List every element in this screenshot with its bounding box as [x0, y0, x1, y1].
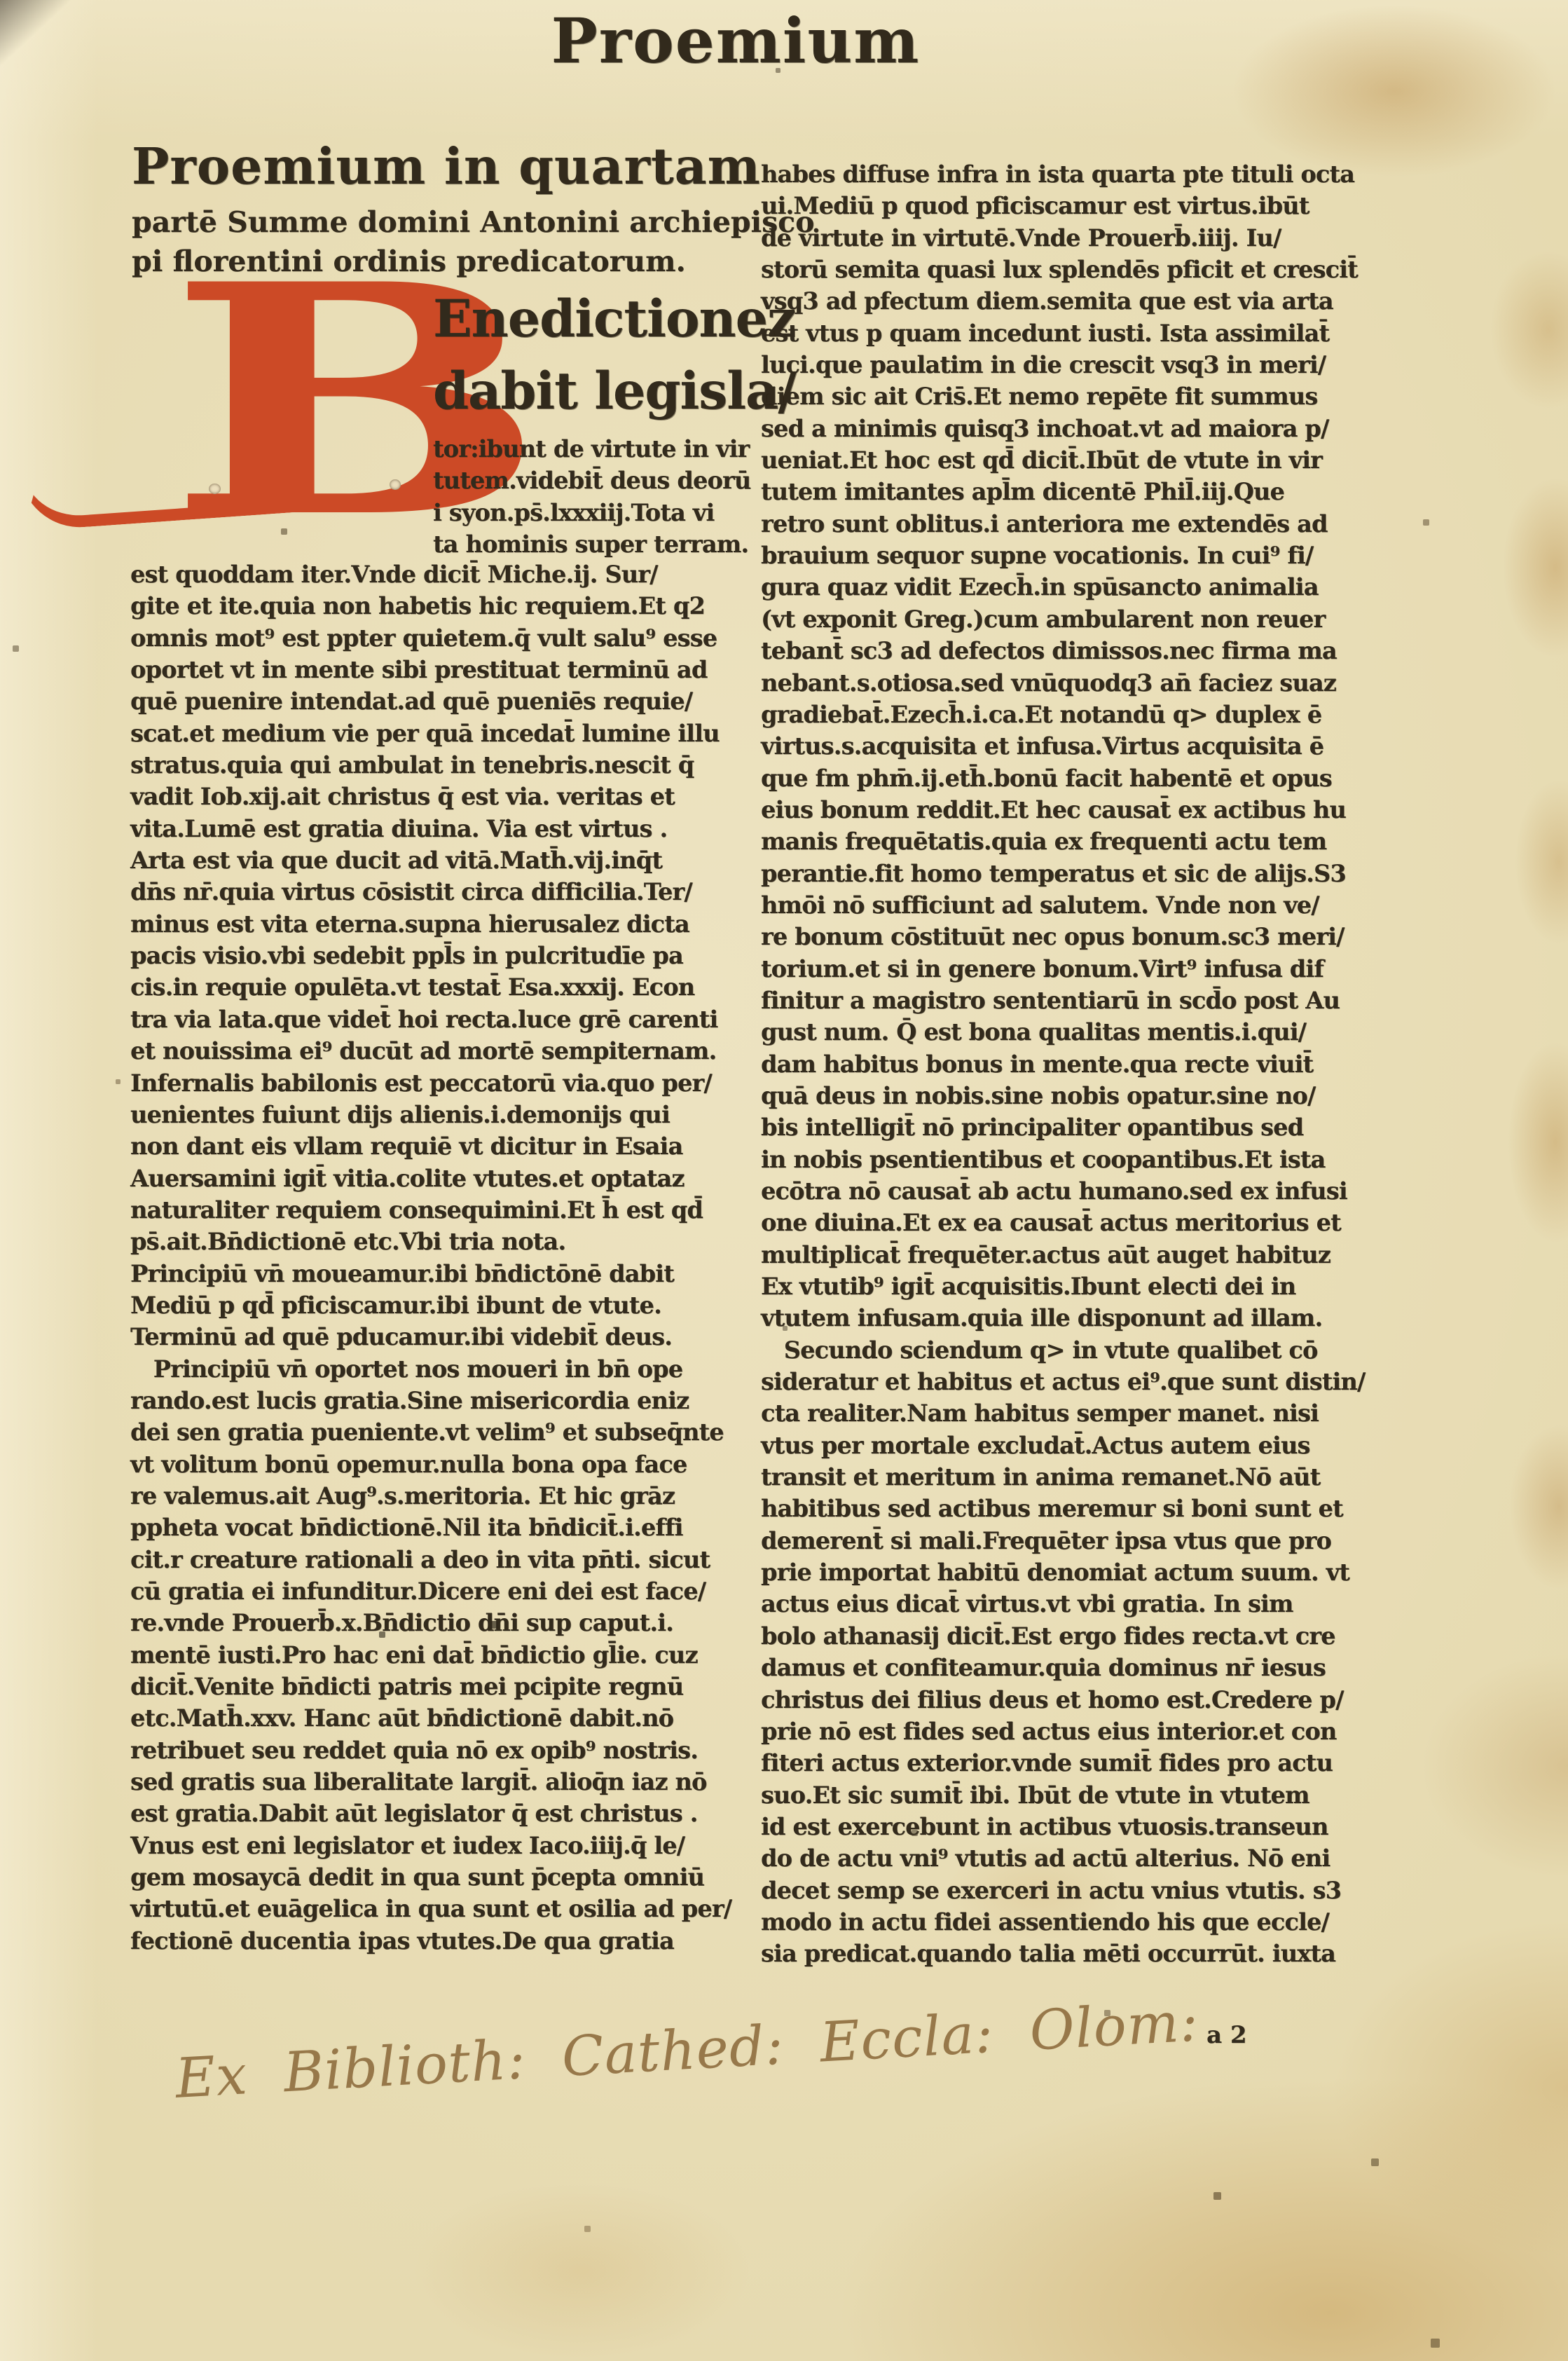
text-line: damus et confiteamur.quia dominus nr̄ ie…	[761, 1652, 1384, 1683]
text-line: minus est vita eterna.supna hierusalez d…	[130, 908, 754, 940]
text-line: dabit legisla/	[433, 355, 762, 427]
text-line: Arta est via que ducit ad vitā.Math̄.vij…	[130, 844, 754, 876]
text-line: retribuet seu reddet quia nō ex opib⁹ no…	[130, 1734, 754, 1766]
text-line: sed a minimis quisq3 inchoat.vt ad maior…	[761, 413, 1384, 444]
text-line: vadit Iob.xij.ait christus q̄ est via. v…	[130, 781, 754, 812]
text-line: brauium sequor supne vocationis. In cui⁹…	[761, 540, 1384, 571]
text-line: tebant̄ sc3 ad defectos dimissos.nec fir…	[761, 635, 1384, 666]
text-line: ueniat.Et hoc est qd̄ dicit̄.Ibūt de vtu…	[761, 444, 1384, 476]
text-line: dicit̄.Venite bn̄dicti patris mei pcipit…	[130, 1671, 754, 1702]
text-line: gem mosaycā dedit in qua sunt p̄cepta om…	[130, 1861, 754, 1893]
text-line: tutem.videbit̄ deus deorū	[433, 465, 762, 496]
text-line: christus dei filius deus et homo est.Cre…	[761, 1684, 1384, 1716]
text-line: luci.que paulatim in die crescit vsq3 in…	[761, 349, 1384, 381]
text-line: ta hominis super terram.	[433, 528, 762, 560]
text-line: cū gratia ei infunditur.Dicere eni dei e…	[130, 1575, 754, 1607]
text-line: gite et ite.quia non habetis hic requiem…	[130, 590, 754, 622]
text-line: actus eius dicat̄ virtus.vt vbi gratia. …	[761, 1588, 1384, 1620]
text-line: re.vnde Prouerb̄.x.Bn̄dictio dn̄i sup ca…	[130, 1607, 754, 1638]
text-line: ui.Mediū p quod pficiscamur est virtus.i…	[761, 190, 1384, 221]
text-line: dam habitus bonus in mente.qua recte viu…	[761, 1048, 1384, 1080]
text-line: dn̄s nr̄.quia virtus cōsistit circa diff…	[130, 876, 754, 908]
text-line: manis frequētatis.quia ex frequenti actu…	[761, 826, 1384, 857]
text-line: nebant.s.otiosa.sed vnūquodq3 an̄ faciez…	[761, 667, 1384, 699]
text-line: multiplicat̄ frequēter.actus aūt auget h…	[761, 1239, 1384, 1271]
text-line: decet semp se exerceri in actu vnius vtu…	[761, 1875, 1384, 1906]
text-line: do de actu vni⁹ vtutis ad actū alterius.…	[761, 1842, 1384, 1874]
text-line: suo.Et sic sumit̄ ibi. Ibūt de vtute in …	[761, 1779, 1384, 1811]
text-line: omnis mot⁹ est ppter quietem.q̄ vult sal…	[130, 622, 754, 654]
text-line: vsq3 ad pfectum diem.semita que est via …	[761, 285, 1384, 317]
text-line: transit et meritum in anima remanet.Nō a…	[761, 1461, 1384, 1493]
text-line: perantie.fit homo temperatus et sic de a…	[761, 858, 1384, 889]
text-line: Terminū ad quē pducamur.ibi videbit̄ deu…	[130, 1321, 754, 1353]
text-line: id est exercebunt in actibus vtuosis.tra…	[761, 1811, 1384, 1842]
text-line: naturaliter requiem consequimini.Et h̄ e…	[130, 1194, 754, 1226]
text-line: sed gratis sua liberalitate largit̄. ali…	[130, 1766, 754, 1798]
text-line: cit.r creature rationali a deo in vita p…	[130, 1544, 754, 1575]
incunabulum-page-photo: Proemium Proemium in quartam partē Summe…	[0, 0, 1568, 2361]
text-line: prie importat habitū denomiat actum suum…	[761, 1556, 1384, 1588]
text-line: Infernalis babilonis est peccatorū via.q…	[130, 1067, 754, 1099]
text-line: sideratur et habitus et actus ei⁹.que su…	[761, 1366, 1384, 1397]
text-line: gust num. Q̄ est bona qualitas mentis.i.…	[761, 1016, 1384, 1048]
text-line: habes diffuse infra in ista quarta pte t…	[761, 158, 1384, 190]
text-line: cis.in requie opulēta.vt testat̄ Esa.xxx…	[130, 971, 754, 1003]
text-line: Vnus est eni legislator et iudex Iaco.ii…	[130, 1830, 754, 1861]
text-line: oportet vt in mente sibi prestituat term…	[130, 654, 754, 685]
text-line: Secundo sciendum q> in vtute qualibet cō	[761, 1334, 1384, 1366]
text-line: Enedictionez	[433, 283, 762, 355]
text-line: scat.et medium vie per quā incedat̄ lumi…	[130, 718, 754, 749]
text-line: Auersamini igit̄ vitia.colite vtutes.et …	[130, 1163, 754, 1194]
text-line: eius bonum reddit.Et hec causat̄ ex acti…	[761, 794, 1384, 826]
right-text-column: habes diffuse infra in ista quarta pte t…	[761, 158, 1384, 1970]
left-text-column: est quoddam iter.Vnde dicit̄ Miche.ij. S…	[130, 559, 754, 1957]
text-line: dei sen gratia pueniente.vt velim⁹ et su…	[130, 1416, 754, 1448]
running-title: Proemium	[0, 4, 1471, 77]
text-line: non dant eis vllam requiē vt dicitur in …	[130, 1130, 754, 1162]
text-line: fiteri actus exterior.vnde sumit̄ fides …	[761, 1747, 1384, 1779]
text-line: (vt exponit Greg.)cum ambularent non reu…	[761, 603, 1384, 635]
text-line: in nobis psentientibus et coopantibus.Et…	[761, 1144, 1384, 1175]
paper-specks	[0, 0, 1, 1]
text-line: finitur a magistro sententiarū in scd̄o …	[761, 985, 1384, 1016]
text-line: etc.Math̄.xxv. Hanc aūt bn̄dictionē dabi…	[130, 1702, 754, 1734]
opening-indent-lines: tor:ibunt de virtute in virtutem.videbit…	[433, 433, 762, 561]
text-line: cta realiter.Nam habitus semper manet. n…	[761, 1397, 1384, 1429]
text-line: est vtus p quam incedunt iusti. Ista ass…	[761, 317, 1384, 349]
text-line: one diuina.Et ex ea causat̄ actus merito…	[761, 1207, 1384, 1238]
text-line: ppheta vocat bn̄dictionē.Nil ita bn̄dici…	[130, 1512, 754, 1543]
heading-line-1: Proemium in quartam	[132, 140, 762, 193]
text-line: stratus.quia qui ambulat in tenebris.nes…	[130, 749, 754, 781]
text-line: i syon.ps̄.lxxxiij.Tota vi	[433, 497, 762, 528]
text-line: mentē iusti.Pro hac eni dat̄ bn̄dictio g…	[130, 1639, 754, 1671]
text-line: vtutem infusam.quia ille disponunt ad il…	[761, 1302, 1384, 1334]
text-line: diem sic ait Cris̄.Et nemo repēte fit su…	[761, 381, 1384, 412]
text-line: demerent̄ si mali.Frequēter ipsa vtus qu…	[761, 1525, 1384, 1556]
text-line: storū semita quasi lux splendēs pficit e…	[761, 254, 1384, 285]
text-line: Principiū vn̄ moueamur.ibi bn̄dictōnē da…	[130, 1258, 754, 1289]
text-line: Principiū vn̄ oportet nos moueri in bn̄ …	[130, 1353, 754, 1385]
wormhole	[209, 484, 221, 494]
ex-libris-inscription: Ex Biblioth: Cathed: Eccla: Olom:	[174, 1988, 1241, 2111]
text-line: tor:ibunt de virtute in vir	[433, 433, 762, 465]
text-line: habitibus sed actibus meremur si boni su…	[761, 1493, 1384, 1524]
text-line: rando.est lucis gratia.Sine misericordia…	[130, 1385, 754, 1416]
text-line: est gratia.Dabit aūt legislator q̄ est c…	[130, 1798, 754, 1829]
text-line: pacis visio.vbi sedebit ppl̄s in pulcrit…	[130, 940, 754, 971]
text-line: ps̄.ait.Bn̄dictionē etc.Vbi tria nota.	[130, 1226, 754, 1257]
text-line: virtus.s.acquisita et infusa.Virtus acqu…	[761, 730, 1384, 762]
text-line: re valemus.ait Aug⁹.s.meritoria. Et hic …	[130, 1480, 754, 1512]
text-line: uenientes fuiunt dijs alienis.i.demonijs…	[130, 1099, 754, 1130]
text-line: vita.Lumē est gratia diuina. Via est vir…	[130, 813, 754, 844]
text-line: bis intelligit̄ nō principaliter opantib…	[761, 1111, 1384, 1143]
wormhole	[390, 479, 401, 490]
text-line: et nouissima ei⁹ ducūt ad mortē sempiter…	[130, 1035, 754, 1067]
text-line: retro sunt oblitus.i anteriora me extend…	[761, 508, 1384, 540]
text-line: fectionē ducentia ipas vtutes.De qua gra…	[130, 1925, 754, 1957]
text-line: virtutū.et euāgelica in qua sunt et osil…	[130, 1893, 754, 1924]
text-line: gradiebat̄.Ezech̄.i.ca.Et notandū q> dup…	[761, 699, 1384, 730]
text-line: torium.et si in genere bonum.Virt⁹ infus…	[761, 953, 1384, 985]
opening-large-lines: Enedictionezdabit legisla/	[433, 283, 762, 427]
text-line: Mediū p qd̄ pficiscamur.ibi ibunt de vtu…	[130, 1289, 754, 1321]
text-line: que fm phm̄.ij.eth̄.bonū facit habentē e…	[761, 762, 1384, 794]
text-line: gura quaz vidit Ezech̄.in spūsancto anim…	[761, 571, 1384, 603]
text-line: modo in actu fidei assentiendo his que e…	[761, 1906, 1384, 1938]
text-line: sia predicat.quando talia mēti occurrūt.…	[761, 1938, 1384, 1969]
text-line: bolo athanasij dicit̄.Est ergo fides rec…	[761, 1620, 1384, 1652]
text-line: quē puenire intendat.ad quē pueniēs requ…	[130, 685, 754, 717]
text-line: ecōtra nō causat̄ ab actu humano.sed ex …	[761, 1175, 1384, 1207]
text-line: est quoddam iter.Vnde dicit̄ Miche.ij. S…	[130, 559, 754, 590]
text-line: Ex vtutib⁹ igit̄ acquisitis.Ibunt electi…	[761, 1271, 1384, 1302]
text-line: prie nō est fides sed actus eius interio…	[761, 1716, 1384, 1747]
text-line: tra via lata.que videt̄ hoi recta.luce g…	[130, 1004, 754, 1035]
text-line: vt volitum bonū opemur.nulla bona opa fa…	[130, 1449, 754, 1480]
text-line: re bonum cōstituūt nec opus bonum.sc3 me…	[761, 921, 1384, 952]
text-line: hmōi nō sufficiunt ad salutem. Vnde non …	[761, 889, 1384, 921]
text-line: de virtute in virtutē.Vnde Prouerb̄.iiij…	[761, 222, 1384, 254]
text-line: tutem imitantes apl̄m dicentē Phil̄.iij.…	[761, 476, 1384, 507]
decorated-initial: B	[118, 279, 440, 552]
text-line: vtus per mortale excludat̄.Actus autem e…	[761, 1430, 1384, 1461]
opening-text-block: Enedictionezdabit legisla/ tor:ibunt de …	[433, 283, 762, 561]
text-line: quā deus in nobis.sine nobis opatur.sine…	[761, 1080, 1384, 1111]
